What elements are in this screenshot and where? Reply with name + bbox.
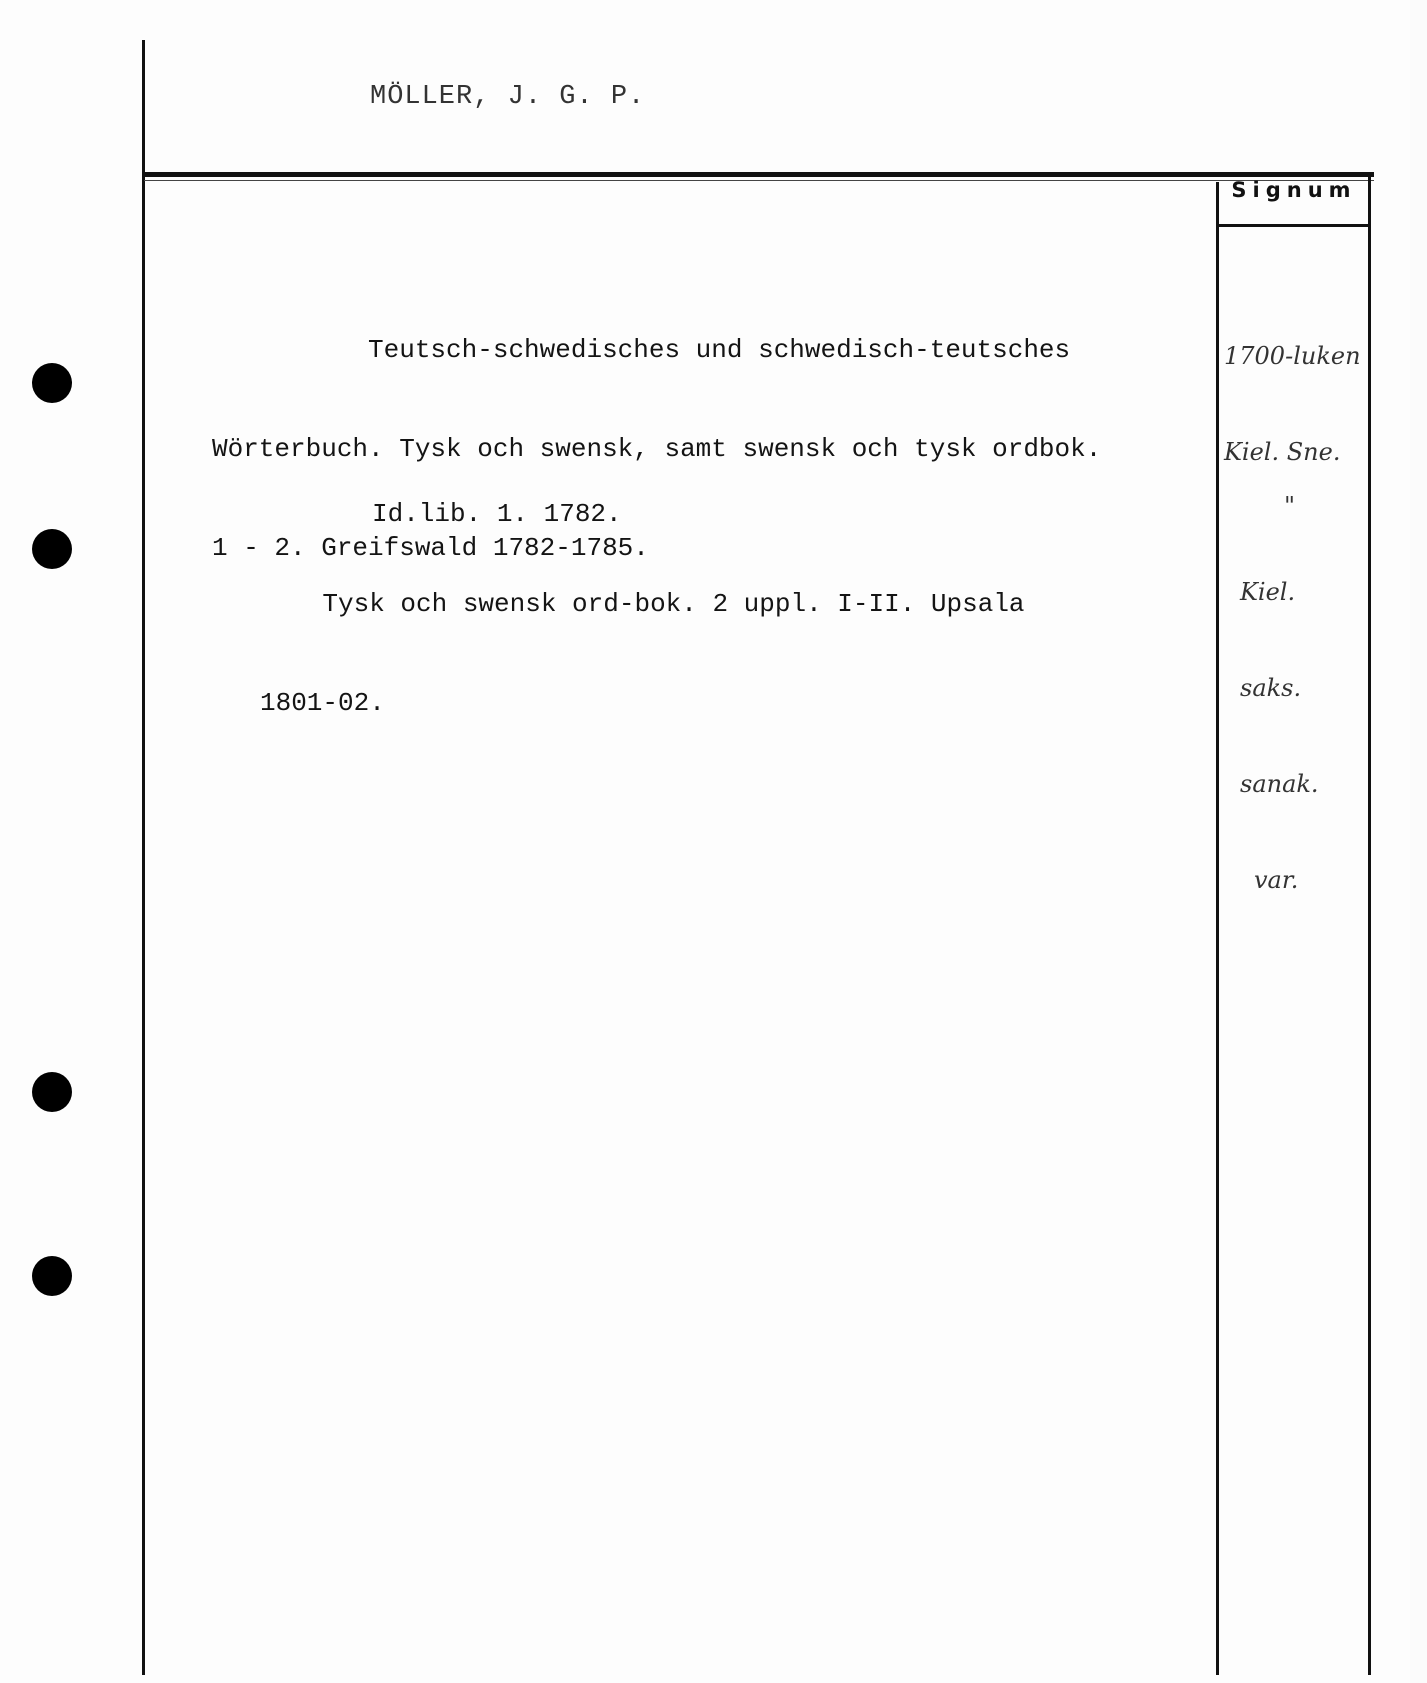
punch-hole (32, 1072, 72, 1112)
entry-line: Tysk och swensk ord-bok. 2 uppl. I-II. U… (260, 588, 1025, 621)
signum-line: Kiel. (1240, 576, 1319, 608)
signum-annotation: Kiel. saks. sanak. var. (1240, 512, 1319, 928)
heading-rule (144, 172, 1374, 177)
catalog-card (0, 0, 1410, 1683)
signum-header-rule (1217, 224, 1370, 227)
entry-line: 1801-02. (260, 687, 1025, 720)
signum-line: sanak. (1240, 768, 1319, 800)
signum-line: 1700-luken (1224, 340, 1361, 372)
signum-line: saks. (1240, 672, 1319, 704)
signum-header: Signum (1219, 178, 1369, 202)
signum-line: var. (1240, 864, 1319, 896)
author-heading: MÖLLER, J. G. P. (370, 82, 645, 112)
bibliographic-entry: Tysk och swensk ord-bok. 2 uppl. I-II. U… (260, 522, 1025, 753)
signum-column-left-rule (1216, 182, 1219, 1675)
entry-line: Wörterbuch. Tysk och swensk, samt swensk… (212, 433, 1101, 466)
signum-column-right-rule (1368, 174, 1371, 1675)
heading-rule-thin (144, 180, 1374, 181)
punch-hole (32, 1256, 72, 1296)
punch-hole (32, 363, 72, 403)
punch-hole (32, 529, 72, 569)
left-margin-rule (142, 40, 145, 1675)
entry-line: Teutsch-schwedisches und schwedisch-teut… (212, 334, 1101, 367)
